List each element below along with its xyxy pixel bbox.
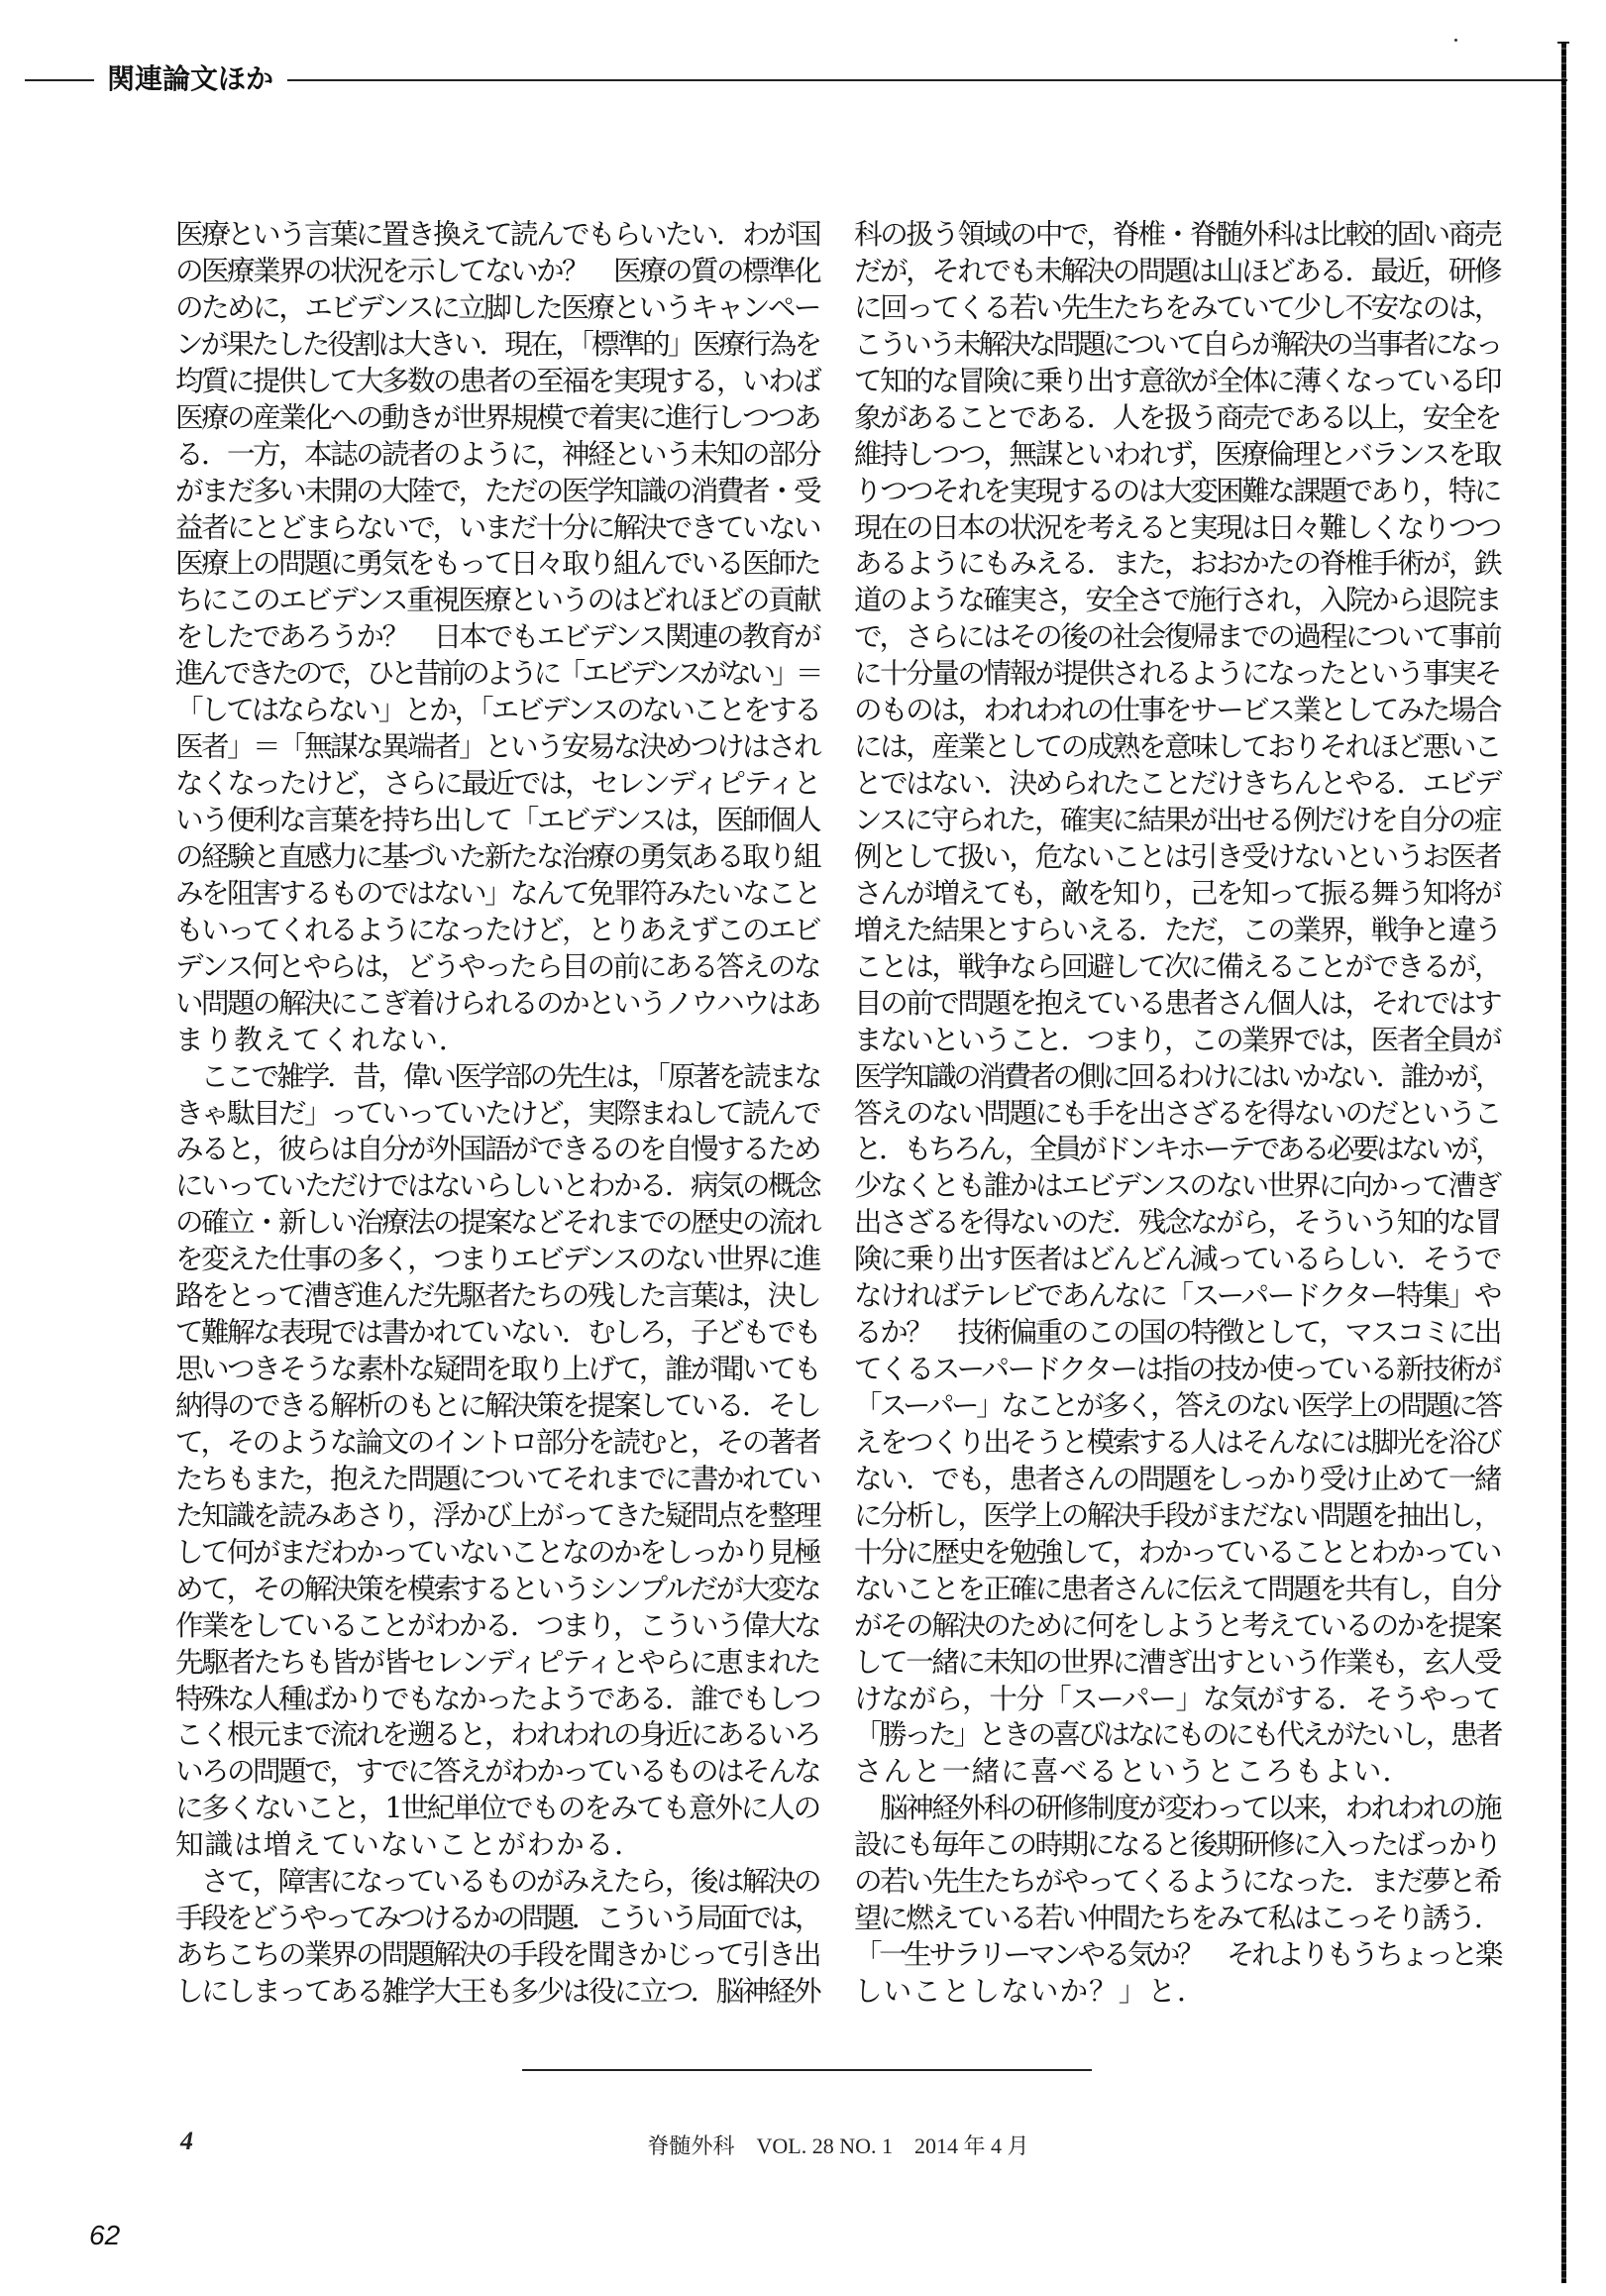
text-line: 納得のできる解析のもとに解決策を提案している．そし [175,1387,819,1424]
text-line: をしたであろうか？ 日本でもエビデンス関連の教育が [175,618,819,655]
text-line: いろの問題で，すでに答えがわかっているものはそんな [175,1753,819,1790]
scan-speck [1454,39,1457,42]
folio-mark: 4 [180,2127,193,2156]
text-line: る．一方，本誌の読者のように，神経という未知の部分 [175,436,819,473]
text-line: 象があることである．人を扱う商売である以上，安全を [854,399,1500,436]
text-line: に分析し，医学上の解決手段がまだない問題を抽出し， [854,1497,1500,1534]
text-line: めて，その解決策を模索するというシンプルだが大変な [175,1571,819,1607]
text-line: して一緒に未知の世界に漕ぎ出すという作業も，玄人受 [854,1644,1500,1681]
text-line: てくるスーパードクターは指の技か使っている新技術が [854,1351,1500,1387]
body-column-left: 医療という言葉に置き換えて読んでもらいたい．わが国の医療業界の状況を示してないか… [175,216,819,2010]
text-line: 進んできたので，ひと昔前のように「エビデンスがない」＝ [175,655,819,692]
text-line: デンス何とやらは，どうやったら目の前にある答えのな [175,948,819,985]
text-line: 先駆者たちも皆が皆セレンディピティとやらに恵まれた [175,1644,819,1681]
text-line: 増えた結果とすらいえる．ただ，この業界，戦争と違う [854,912,1500,948]
text-line: い問題の解決にこぎ着けられるのかというノウハウはあ [175,985,819,1022]
text-line: 均質に提供して大多数の患者の至福を実現する，いわば [175,363,819,399]
text-line: 道のような確実さ，安全さで施行され，入院から退院ま [854,582,1500,618]
text-line: の若い先生たちがやってくるようになった．まだ夢と希 [854,1863,1500,1900]
text-line: ことは，戦争なら回避して次に備えることができるが， [854,948,1500,985]
binding-edge [1561,42,1566,2283]
text-line: もいってくれるようになったけど，とりあえずこのエビ [175,912,819,948]
text-line: 医療の産業化への動きが世界規模で着実に進行しつつあ [175,399,819,436]
text-line: 「勝った」ときの喜びはなにものにも代えがたいし，患者 [854,1716,1500,1753]
text-line: に十分量の情報が提供されるようになったという事実そ [854,655,1500,692]
text-line: 答えのない問題にも手を出さざるを得ないのだというこ [854,1095,1500,1132]
text-line: ンスに守られた，確実に結果が出せる例だけを自分の症 [854,802,1500,838]
text-line: の経験と直感力に基づいた新たな治療の勇気ある取り組 [175,838,819,875]
text-line: なければテレビであんなに「スーパードクター特集」や [854,1277,1500,1314]
text-line: のものは，われわれの仕事をサービス業としてみた場合 [854,692,1500,728]
text-line: 「してはならない」とか，「エビデンスのないことをする [175,692,819,728]
text-line: だが，それでも未解決の問題は山ほどある．最近，研修 [854,253,1500,289]
text-line: こういう未解決な問題について自らが解決の当事者になっ [854,326,1500,363]
text-line: 益者にとどまらないで，いまだ十分に解決できていない [175,509,819,546]
text-line: 作業をしていることがわかる．つまり，こういう偉大な [175,1607,819,1644]
text-line: 目の前で問題を抱えている患者さん個人は，それではす [854,985,1500,1022]
text-line: 医者」＝「無謀な異端者」という安易な決めつけはされ [175,728,819,765]
text-line: に多くないこと，1世紀単位でものをみても意外に人の [175,1790,819,1826]
header-rule-left [25,79,94,81]
text-line: こく根元まで流れを遡ると，われわれの身近にあるいろ [175,1716,819,1753]
text-line: るか？ 技術偏重のこの国の特徴として，マスコミに出 [854,1314,1500,1351]
text-line: 少なくとも誰かはエビデンスのない世界に向かって漕ぎ [854,1167,1500,1204]
text-line: 思いつきそうな素朴な疑問を取り上げて，誰が聞いても [175,1351,819,1387]
text-line: 設にも毎年この時期になると後期研修に入ったばっかり [854,1826,1500,1863]
text-line: たちもまた，抱えた問題についてそれまでに書かれてい [175,1461,819,1497]
text-line: いう便利な言葉を持ち出して「エビデンスは，医師個人 [175,802,819,838]
text-line: て，そのような論文のイントロ部分を読むと，その著者 [175,1424,819,1461]
text-line: あちこちの業界の問題解決の手段を聞きかじって引き出 [175,1936,819,1973]
text-line: 知識は増えていないことがわかる． [175,1826,819,1863]
text-line: 出さざるを得ないのだ．残念ながら，そういう知的な冒 [854,1204,1500,1241]
text-line: 例として扱い，危ないことは引き受けないというお医者 [854,838,1500,875]
text-line: ない．でも，患者さんの問題をしっかり受け止めて一緒 [854,1461,1500,1497]
section-title: 関連論文ほか [107,61,273,97]
text-line: ないことを正確に患者さんに伝えて問題を共有し，自分 [854,1571,1500,1607]
text-line: しにしまってある雑学大王も多少は役に立つ．脳神経外 [175,1973,819,2010]
text-line: とではない．決められたことだけきちんとやる．エビデ [854,765,1500,802]
text-line: 「一生サラリーマンやる気か？ それよりもうちょっと楽 [854,1936,1500,1973]
text-line: に回ってくる若い先生たちをみていて少し不安なのは， [854,289,1500,326]
text-line: の医療業界の状況を示してないか？ 医療の質の標準化 [175,253,819,289]
text-line: のために，エビデンスに立脚した医療というキャンペー [175,289,819,326]
text-line: がその解決のために何をしようと考えているのかを提案 [854,1607,1500,1644]
text-line: りつつそれを実現するのは大変困難な課題であり，特に [854,473,1500,509]
text-line: て知的な冒険に乗り出す意欲が全体に薄くなっている印 [854,363,1500,399]
text-line: と．もちろん，全員がドンキホーテである必要はないが， [854,1131,1500,1167]
text-line: あるようにもみえる．また，おおかたの脊椎手術が，鉄 [854,545,1500,582]
text-line: みると，彼らは自分が外国語ができるのを自慢するため [175,1131,819,1167]
text-line: 現在の日本の状況を考えると実現は日々難しくなりつつ [854,509,1500,546]
text-line: まないということ．つまり，この業界では，医者全員が [854,1022,1500,1058]
text-line: ちにこのエビデンス重視医療というのはどれほどの貢献 [175,582,819,618]
text-line: まり教えてくれない． [175,1022,819,1058]
text-line: には，産業としての成熟を意味しておりそれほど悪いこ [854,728,1500,765]
text-line: 路をとって漕ぎ進んだ先駆者たちの残した言葉は，決し [175,1277,819,1314]
text-line: 手段をどうやってみつけるかの問題．こういう局面では， [175,1900,819,1936]
header-rule-right [287,79,1567,81]
text-line: きゃ駄目だ」っていっていたけど，実際まねして読んで [175,1095,819,1132]
text-line: なくなったけど，さらに最近では，セレンディピティと [175,765,819,802]
text-line: を変えた仕事の多く，つまりエビデンスのない世界に進 [175,1241,819,1277]
text-line: で，さらにはその後の社会復帰までの過程について事前 [854,618,1500,655]
text-line: にいっていただけではないらしいとわかる．病気の概念 [175,1167,819,1204]
journal-citation: 脊髄外科 VOL. 28 NO. 1 2014 年 4 月 [594,2132,1082,2160]
text-line: さんと一緒に喜べるというところもよい． [854,1753,1500,1790]
text-line: えをつくり出そうと模索する人はそんなには脚光を浴び [854,1424,1500,1461]
text-line: の確立・新しい治療法の提案などそれまでの歴史の流れ [175,1204,819,1241]
text-line: みを阻害するものではない」なんて免罪符みたいなこと [175,875,819,912]
text-line: 医学知識の消費者の側に回るわけにはいかない．誰かが， [854,1058,1500,1095]
text-line: 険に乗り出す医者はどんどん減っているらしい．そうで [854,1241,1500,1277]
text-line: がまだ多い未開の大陸で，ただの医学知識の消費者・受 [175,473,819,509]
text-line: さて，障害になっているものがみえたら，後は解決の [175,1863,819,1900]
page-number: 62 [89,2220,120,2251]
text-line: 望に燃えている若い仲間たちをみて私はこっそり誘う． [854,1900,1500,1936]
text-line: 十分に歴史を勉強して，わかっていることとわかってい [854,1534,1500,1571]
text-line: 科の扱う領域の中で，脊椎・脊髄外科は比較的固い商売 [854,216,1500,253]
text-line: けながら，十分「スーパー」な気がする．そうやって [854,1681,1500,1717]
text-line: 「スーパー」なことが多く，答えのない医学上の問題に答 [854,1387,1500,1424]
text-line: 脳神経外科の研修制度が変わって以来，われわれの施 [854,1790,1500,1826]
text-line: さんが増えても，敵を知り，己を知って振る舞う知将が [854,875,1500,912]
text-line: ンが果たした役割は大きい．現在，「標準的」医療行為を [175,326,819,363]
text-line: しいことしないか？」と． [854,1973,1500,2010]
text-line: 特殊な人種ばかりでもなかったようである．誰でもしつ [175,1681,819,1717]
text-line: た知識を読みあさり，浮かび上がってきた疑問点を整理 [175,1497,819,1534]
text-line: して何がまだわかっていないことなのかをしっかり見極 [175,1534,819,1571]
footer-rule [522,2069,1092,2071]
text-line: 医療上の問題に勇気をもって日々取り組んでいる医師た [175,545,819,582]
text-line: ここで雑学．昔，偉い医学部の先生は，「原著を読まな [175,1058,819,1095]
text-line: て難解な表現では書かれていない．むしろ，子どもでも [175,1314,819,1351]
body-column-right: 科の扱う領域の中で，脊椎・脊髄外科は比較的固い商売だが，それでも未解決の問題は山… [854,216,1500,2010]
text-line: 維持しつつ，無謀といわれず，医療倫理とバランスを取 [854,436,1500,473]
text-line: 医療という言葉に置き換えて読んでもらいたい．わが国 [175,216,819,253]
